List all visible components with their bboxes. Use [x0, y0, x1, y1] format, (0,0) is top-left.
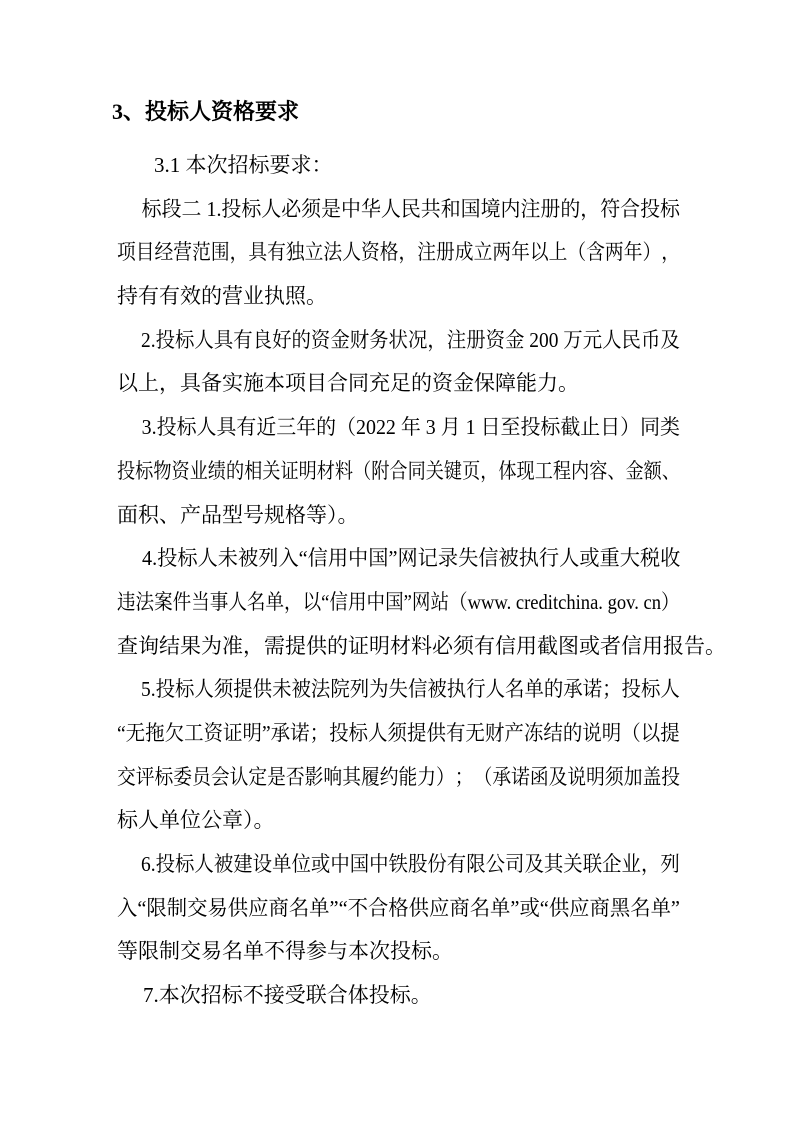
text-token: 失: [389, 668, 408, 712]
text-token: 关: [563, 843, 582, 887]
text-token: 有: [267, 231, 286, 275]
text-token: 承: [563, 668, 582, 712]
text-token: 目: [136, 231, 155, 275]
text-token: 人: [228, 581, 247, 625]
text-token: 须: [605, 756, 624, 800]
text-token: 执: [447, 668, 466, 712]
text-token: 以: [641, 712, 660, 756]
text-token: 5.: [141, 668, 156, 712]
text-token: 中: [369, 843, 388, 887]
text-token: 入: [278, 537, 298, 581]
text-token: 员: [192, 756, 211, 800]
text-token: 及: [660, 319, 679, 363]
text-token: 民: [622, 319, 641, 363]
text-token: 4.: [142, 537, 157, 581]
text-token: ；: [455, 756, 474, 800]
text-token: 位: [291, 843, 310, 887]
text-token: 注: [447, 319, 466, 363]
text-token: 币: [641, 319, 660, 363]
text-token: 财: [350, 319, 369, 363]
text-token: 1: [461, 406, 481, 450]
text-token: 物: [153, 450, 171, 494]
text-token: 及: [549, 756, 568, 800]
text-token: 人: [198, 537, 218, 581]
text-token: 标: [241, 188, 261, 232]
text-token: 近: [256, 406, 276, 450]
text-token: ”: [404, 581, 412, 625]
text-token: 日: [600, 406, 620, 450]
text-token: 诺: [290, 712, 309, 756]
document-body: 3.1 本次招标要求： 标段二 1.投标人必须是中华人民共和国境内注册的，符合投…: [117, 144, 680, 1018]
text-token: 收: [660, 537, 680, 581]
text-token: 提: [407, 712, 426, 756]
text-token: 产: [504, 712, 523, 756]
document-heading: 3、投标人资格要求: [112, 95, 299, 126]
text-token: “: [299, 537, 308, 581]
text-token: ）: [661, 581, 680, 625]
text-token: 黑: [610, 887, 630, 931]
text-token: 人: [559, 537, 579, 581]
text-token: ”: [330, 887, 339, 931]
text-line: 投标物资业绩的相关证明材料（附合同关键页，体现工程内容、金额、: [117, 450, 604, 494]
text-token: 联: [583, 843, 602, 887]
text-token: 行: [466, 668, 485, 712]
text-token: 法: [323, 231, 342, 275]
text-token: 人: [194, 843, 213, 887]
text-token: 诺: [511, 756, 530, 800]
text-token: 委: [173, 756, 192, 800]
text-token: 必: [281, 188, 301, 232]
text-line: 交评标委员会认定是否影响其履约能力）；（承诺函及说明须加盖投: [117, 756, 620, 800]
text-token: 、: [662, 450, 680, 494]
text-token: 人: [368, 712, 387, 756]
text-token: 良: [253, 319, 272, 363]
text-token: 现: [517, 450, 535, 494]
text-token: （: [336, 406, 356, 450]
text-token: 中: [341, 188, 361, 232]
text-token: 人: [194, 319, 213, 363]
text-token: 2.: [141, 319, 156, 363]
text-token: 的: [226, 450, 244, 494]
text-token: 标: [155, 756, 174, 800]
text-token: 三: [276, 406, 296, 450]
text-token: 项: [117, 231, 136, 275]
text-token: 重: [600, 537, 620, 581]
text-token: 资: [204, 712, 223, 756]
text-token: 事: [210, 581, 229, 625]
text-token: 华: [361, 188, 381, 232]
text-token: 定: [248, 756, 267, 800]
text-token: 当: [191, 581, 210, 625]
text-token: 类: [660, 406, 680, 450]
text-token: 用: [328, 537, 348, 581]
text-token: 中: [367, 581, 386, 625]
text-token: 网: [397, 537, 417, 581]
text-token: 况: [408, 319, 427, 363]
text-token: 人: [261, 188, 281, 232]
text-token: 的: [560, 188, 580, 232]
text-token: 公: [486, 843, 505, 887]
text-token: ，: [580, 188, 600, 232]
text-token: 单: [490, 887, 510, 931]
document-page: 3、投标人资格要求 3.1 本次招标要求： 标段二 1.投标人必须是中华人民共和…: [0, 0, 793, 1122]
text-token: ，: [284, 581, 303, 625]
text-token: 被: [214, 843, 233, 887]
text-token: 200: [524, 319, 563, 363]
text-token: 股: [408, 843, 427, 887]
text-token: 单: [651, 887, 671, 931]
paragraphs-container: 标段二 1.投标人必须是中华人民共和国境内注册的，符合投标项目经营范围，具有独立…: [117, 188, 680, 1018]
text-token: 单: [524, 668, 543, 712]
text-line: 标段二 1.投标人必须是中华人民共和国境内注册的，符合投标: [117, 188, 652, 232]
text-line: 3.投标人具有近三年的（2022 年 3 月 1 日至投标截止日）同类: [117, 406, 652, 450]
text-token: 投: [622, 668, 641, 712]
text-token: 内: [501, 188, 521, 232]
text-line: 等限制交易名单不得参与本次投标。: [117, 930, 680, 974]
text-token: ）: [620, 406, 640, 450]
text-token: 人: [342, 231, 361, 275]
text-token: 额: [644, 450, 662, 494]
text-token: 名: [505, 668, 524, 712]
text-token: （: [353, 450, 371, 494]
text-line: 入“限制交易供应商名单”“不合格供应商名单”或“供应商黑名单”: [117, 887, 663, 931]
text-token: 的: [316, 406, 336, 450]
text-token: 资: [311, 319, 330, 363]
text-token: 交: [187, 887, 207, 931]
text-token: 日: [481, 406, 501, 450]
text-token: （: [621, 712, 640, 756]
text-token: 元: [583, 319, 602, 363]
text-token: 说: [582, 712, 601, 756]
text-token: 键: [444, 450, 462, 494]
text-token: 结: [543, 712, 562, 756]
text-line: 违法案件当事人名单，以“信用中国”网站（www. creditchina. go…: [117, 581, 615, 625]
text-token: 立: [474, 231, 493, 275]
text-token: 月: [441, 406, 461, 450]
text-token: 或: [519, 887, 539, 931]
text-token: 成: [455, 231, 474, 275]
text-token: ”: [510, 887, 519, 931]
text-token: 函: [530, 756, 549, 800]
text-token: 中: [330, 843, 349, 887]
text-token: 商: [590, 887, 610, 931]
text-token: 诺: [583, 668, 602, 712]
text-token: 、: [607, 450, 625, 494]
text-token: 欠: [165, 712, 184, 756]
text-token: 明: [243, 712, 262, 756]
text-token: 民: [401, 188, 421, 232]
text-token: 好: [272, 319, 291, 363]
text-token: 人: [602, 319, 621, 363]
text-token: 含: [586, 231, 605, 275]
text-line: 2.投标人具有良好的资金财务状况，注册资金 200 万元人民币及: [117, 319, 637, 363]
text-token: 格: [380, 231, 399, 275]
text-token: 和: [441, 188, 461, 232]
text-token: ）: [642, 231, 661, 275]
text-token: 响: [323, 756, 342, 800]
text-token: 标: [175, 319, 194, 363]
text-token: 投: [157, 537, 177, 581]
text-line: 项目经营范围，具有独立法人资格，注册成立两年以上（含两年），: [117, 231, 620, 275]
text-token: 中: [348, 537, 368, 581]
text-token: 以: [530, 231, 549, 275]
text-token: ”: [671, 887, 680, 931]
text-token: ”: [262, 712, 271, 756]
text-token: 标: [135, 450, 153, 494]
text-token: 记: [418, 537, 438, 581]
text-token: 司: [505, 843, 524, 887]
text-token: 标: [177, 406, 197, 450]
text-token: 承: [492, 756, 511, 800]
text-token: 会: [211, 756, 230, 800]
text-token: 6.: [141, 843, 156, 887]
text-token: 单: [265, 581, 284, 625]
text-token: ；: [602, 668, 621, 712]
text-token: 万: [563, 319, 582, 363]
text-token: 列: [350, 668, 369, 712]
text-token: 说: [567, 756, 586, 800]
text-token: 国: [461, 188, 481, 232]
text-token: 营: [173, 231, 192, 275]
text-token: 资: [486, 319, 505, 363]
text-token: 符: [600, 188, 620, 232]
text-token: 金: [505, 319, 524, 363]
text-token: 供: [228, 887, 248, 931]
text-token: 页: [462, 450, 480, 494]
text-token: 录: [438, 537, 458, 581]
text-token: “: [321, 581, 329, 625]
text-line: 查询结果为准，需提供的证明材料必须有信用截图或者信用报告。: [117, 625, 680, 669]
text-token: “: [339, 887, 348, 931]
text-token: 投: [661, 756, 680, 800]
text-token: 合: [389, 450, 407, 494]
text-token: 应: [569, 887, 589, 931]
text-token: 冻: [524, 712, 543, 756]
text-token: 止: [580, 406, 600, 450]
text-line: 6.投标人被建设单位或中国中铁股份有限公司及其关联企业，列: [117, 843, 637, 887]
text-token: 名: [247, 581, 266, 625]
text-token: 投: [117, 450, 135, 494]
text-token: 证: [223, 712, 242, 756]
text-token: 明: [299, 450, 317, 494]
text-token: 交: [117, 756, 136, 800]
text-token: 供: [253, 668, 272, 712]
text-token: 业: [622, 843, 641, 887]
text-token: ，: [661, 231, 680, 275]
text-token: 材: [317, 450, 335, 494]
text-token: 经: [155, 231, 174, 275]
text-token: ，: [399, 231, 418, 275]
text-token: 业: [190, 450, 208, 494]
text-token: 商: [268, 887, 288, 931]
text-token: 应: [429, 887, 449, 931]
text-token: 履: [361, 756, 380, 800]
text-token: 被: [427, 668, 446, 712]
text-token: 列: [660, 843, 679, 887]
text-token: 执: [519, 537, 539, 581]
text-token: 同: [408, 450, 426, 494]
text-token: 明: [602, 712, 621, 756]
text-token: 信: [329, 581, 348, 625]
text-token: 状: [389, 319, 408, 363]
text-token: 二: [182, 188, 202, 232]
text-token: 份: [427, 843, 446, 887]
text-token: ”: [388, 537, 397, 581]
text-token: 名: [289, 887, 309, 931]
text-token: 商: [449, 887, 469, 931]
text-token: 境: [481, 188, 501, 232]
text-token: 的: [544, 668, 563, 712]
text-token: 法: [136, 581, 155, 625]
text-token: 标: [175, 843, 194, 887]
text-token: 提: [660, 712, 679, 756]
text-token: 务: [369, 319, 388, 363]
text-token: ，: [427, 319, 446, 363]
text-token: 合: [368, 887, 388, 931]
text-token: 截: [560, 406, 580, 450]
text-token: 须: [301, 188, 321, 232]
text-token: 标: [641, 668, 660, 712]
text-token: 法: [311, 668, 330, 712]
text-token: 行: [539, 537, 559, 581]
text-token: 关: [426, 450, 444, 494]
text-token: 人: [486, 668, 505, 712]
text-token: www. creditchina. gov. cn: [468, 581, 661, 625]
text-token: “: [117, 712, 126, 756]
text-token: 为: [369, 668, 388, 712]
text-token: 不: [348, 887, 368, 931]
text-token: 有: [447, 843, 466, 887]
text-token: 有: [233, 319, 252, 363]
text-token: 料: [335, 450, 353, 494]
text-token: 件: [173, 581, 192, 625]
text-token: 围: [211, 231, 230, 275]
text-token: 影: [305, 756, 324, 800]
text-token: 明: [586, 756, 605, 800]
text-token: 附: [371, 450, 389, 494]
text-token: 上: [549, 231, 568, 275]
text-token: 人: [660, 668, 679, 712]
text-token: 两: [492, 231, 511, 275]
text-token: 单: [309, 887, 329, 931]
text-token: 供: [409, 887, 429, 931]
text-token: 年: [296, 406, 316, 450]
text-token: ；: [310, 712, 329, 756]
text-token: 至: [501, 406, 521, 450]
text-token: 投: [520, 406, 540, 450]
text-token: 网: [412, 581, 431, 625]
text-token: “: [137, 887, 146, 931]
text-token: 有: [446, 712, 465, 756]
text-token: 入: [117, 887, 137, 931]
text-token: 其: [342, 756, 361, 800]
text-token: 须: [388, 712, 407, 756]
text-token: 金: [330, 319, 349, 363]
text-token: 力: [417, 756, 436, 800]
text-token: ，: [230, 231, 249, 275]
text-token: 国: [350, 843, 369, 887]
text-line: 7.本次招标不接受联合体投标。: [117, 974, 680, 1018]
text-token: 工: [184, 712, 203, 756]
text-token: 标: [540, 406, 560, 450]
text-token: 失: [458, 537, 478, 581]
text-token: 否: [286, 756, 305, 800]
text-token: 供: [426, 712, 445, 756]
text-token: 2022: [356, 406, 401, 450]
text-token: 容: [589, 450, 607, 494]
text-line: 4.投标人未被列入“信用中国”网记录失信被执行人或重大税收: [117, 537, 659, 581]
text-token: 承: [271, 712, 290, 756]
section-subheading: 3.1 本次招标要求：: [117, 144, 680, 188]
text-token: 共: [421, 188, 441, 232]
text-token: 制: [167, 887, 187, 931]
text-token: 人: [194, 668, 213, 712]
text-token: 投: [329, 712, 348, 756]
text-token: 或: [311, 843, 330, 887]
text-token: 具: [248, 231, 267, 275]
text-token: 具: [214, 319, 233, 363]
text-token: 国: [385, 581, 404, 625]
text-token: 两: [605, 231, 624, 275]
text-token: 评: [136, 756, 155, 800]
text-token: 国: [368, 537, 388, 581]
text-token: 认: [230, 756, 249, 800]
text-token: 年: [401, 406, 421, 450]
text-token: 绩: [208, 450, 226, 494]
text-token: 应: [248, 887, 268, 931]
text-token: 册: [436, 231, 455, 275]
text-token: 体: [498, 450, 516, 494]
text-token: 建: [233, 843, 252, 887]
text-token: 无: [126, 712, 145, 756]
text-token: 立: [305, 231, 324, 275]
text-token: 册: [466, 319, 485, 363]
text-token: 或: [579, 537, 599, 581]
text-token: 标: [142, 188, 162, 232]
text-token: 无: [465, 712, 484, 756]
text-token: 投: [221, 188, 241, 232]
text-line: 标人单位公章）。: [117, 799, 680, 843]
text-token: 工: [535, 450, 553, 494]
text-token: 标: [177, 537, 197, 581]
text-token: 提: [233, 668, 252, 712]
text-token: 财: [485, 712, 504, 756]
text-token: 未: [272, 668, 291, 712]
text-token: 拖: [145, 712, 164, 756]
text-line: 面积、产品型号规格等）。: [117, 494, 680, 538]
text-token: 税: [640, 537, 660, 581]
text-line: “无拖欠工资证明”承诺；投标人须提供有无财产冻结的说明（以提: [117, 712, 639, 756]
text-token: 信: [408, 668, 427, 712]
text-token: 案: [154, 581, 173, 625]
text-token: ，: [641, 843, 660, 887]
text-token: 名: [470, 887, 490, 931]
text-token: 投: [156, 319, 175, 363]
text-token: 被: [291, 668, 310, 712]
text-token: “: [540, 887, 549, 931]
text-token: 相: [244, 450, 262, 494]
text-token: 内: [571, 450, 589, 494]
text-token: 信: [308, 537, 328, 581]
text-token: 证: [280, 450, 298, 494]
text-token: 投: [156, 843, 175, 887]
text-token: 3: [421, 406, 441, 450]
text-token: 关: [262, 450, 280, 494]
text-line: 以上，具备实施本项目合同充足的资金保障能力。: [117, 362, 680, 406]
text-token: 能: [399, 756, 418, 800]
text-token: 及: [524, 843, 543, 887]
text-token: 限: [466, 843, 485, 887]
